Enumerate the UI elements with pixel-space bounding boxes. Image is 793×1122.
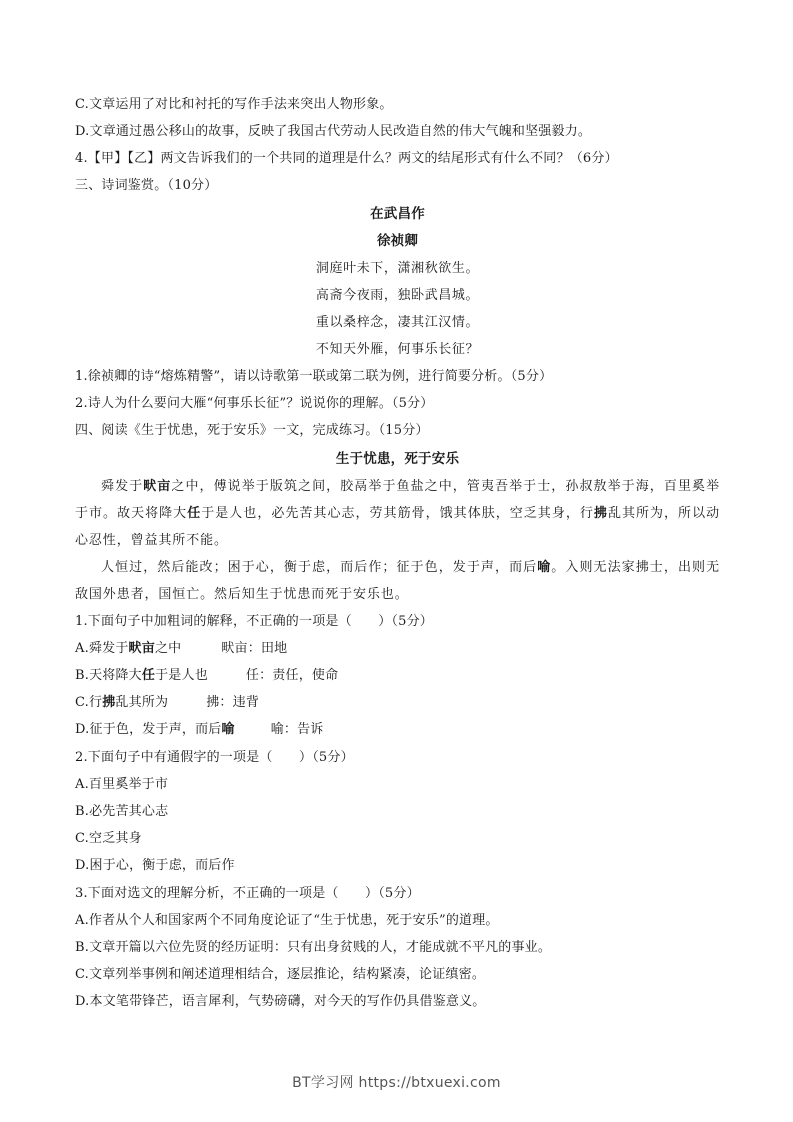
gloss: 任：责任，使命 <box>246 668 338 683</box>
q3-stem: 3.下面对选文的理解分析，不正确的一项是（ ）（5分） <box>75 886 420 902</box>
text: 乱其所为 <box>115 695 168 710</box>
gloss: 拂：违背 <box>206 695 259 710</box>
q1-stem: 1.下面句子中加粗词的解释，不正确的一项是（ ）（5分） <box>75 614 433 630</box>
q3-option-d: D.本文笔带锋芒，语言犀利，气势磅礴，对今天的写作仍具借鉴意义。 <box>75 994 486 1010</box>
text: B.天将降大 <box>75 668 142 683</box>
prev-option-d: D.文章通过愚公移山的故事，反映了我国古代劳动人民改造自然的伟大气魄和坚强毅力。 <box>75 124 591 140</box>
text: 于是人也 <box>155 668 208 683</box>
passage-title: 生于忧患，死于安乐 <box>75 451 720 467</box>
question-4: 4.【甲】【乙】两文告诉我们的一个共同的道理是什么？两文的结尾形式有什么不同？（… <box>75 151 618 167</box>
bold-keyword: 任 <box>142 668 155 683</box>
text: C.行 <box>75 695 102 710</box>
q2-stem: 2.下面句子中有通假字的一项是（ ）（5分） <box>75 750 354 766</box>
text: 舜发于 <box>101 479 143 494</box>
text: 之中，傅说举于版筑之间，胶鬲举于鱼盐之中，管夷吾举于士，孙叔敖举于海，百里奚举 <box>171 479 720 494</box>
q1-option-d: D.征于色，发于声，而后喻喻：告诉 <box>75 722 324 738</box>
watermark-footer: BT学习网 https://btxuexi.com <box>0 1072 793 1092</box>
bold-keyword: 拂 <box>102 695 115 710</box>
text: A.舜发于 <box>75 641 129 656</box>
text: 于是人也，必先苦其心志，劳其筋骨，饿其体肤，空乏其身，行 <box>201 506 594 521</box>
poem-author: 徐祯卿 <box>75 233 720 249</box>
bold-keyword: 任 <box>187 506 201 521</box>
text: 乱其所为，所以动 <box>608 506 720 521</box>
bold-keyword: 畎亩 <box>143 479 171 494</box>
q1-option-c: C.行拂乱其所为拂：违背 <box>75 695 259 711</box>
bold-keyword: 喻 <box>537 560 551 575</box>
poem-question-1: 1.徐祯卿的诗“熔炼精警”，请以诗歌第一联或第二联为例，进行简要分析。（5分） <box>75 369 552 385</box>
passage-para2-line2: 敌国外患者，国恒亡。然后知生于忧患而死于安乐也。 <box>75 587 720 603</box>
gloss: 畎亩：田地 <box>221 641 287 656</box>
poem-question-2: 2.诗人为什么要问大雁“何事乐长征”？说说你的理解。（5分） <box>75 396 433 412</box>
text: 人恒过，然后能改；困于心，衡于虑，而后作；征于色，发于声，而后 <box>101 560 537 575</box>
q1-option-a: A.舜发于畎亩之中畎亩：田地 <box>75 641 287 657</box>
q2-option-d: D.困于心，衡于虑，而后作 <box>75 858 235 874</box>
bold-keyword: 喻 <box>222 722 235 737</box>
poem-line: 高斋今夜雨，独卧武昌城。 <box>75 288 720 304</box>
prev-option-c: C.文章运用了对比和衬托的写作手法来突出人物形象。 <box>75 97 393 113</box>
q2-option-c: C.空乏其身 <box>75 831 142 847</box>
poem-title: 在武昌作 <box>75 206 720 222</box>
poem-line: 重以桑梓念，凄其江汉情。 <box>75 315 720 331</box>
text: 于市。故天将降大 <box>75 506 187 521</box>
section-3-heading: 三、诗词鉴赏。（10分） <box>75 178 217 194</box>
text: 。入则无法家拂士，出则无 <box>551 560 720 575</box>
section-4-heading: 四、阅读《生于忧患，死于安乐》一文，完成练习。（15分） <box>75 423 429 439</box>
passage-para1-line3: 心忍性，曾益其所不能。 <box>75 533 720 549</box>
q1-option-b: B.天将降大任于是人也任：责任，使命 <box>75 668 338 684</box>
passage-para1-line2: 于市。故天将降大任于是人也，必先苦其心志，劳其筋骨，饿其体肤，空乏其身，行拂乱其… <box>75 506 720 522</box>
q3-option-a: A.作者从个人和国家两个不同角度论证了“生于忧患，死于安乐”的道理。 <box>75 913 499 929</box>
passage-para1-line1: 舜发于畎亩之中，傅说举于版筑之间，胶鬲举于鱼盐之中，管夷吾举于士，孙叔敖举于海，… <box>75 479 720 495</box>
poem-line: 不知天外雁，何事乐长征？ <box>75 342 720 358</box>
bold-keyword: 拂 <box>594 506 608 521</box>
q3-option-c: C.文章列举事例和阐述道理相结合，逐层推论，结构紧凑，论证缜密。 <box>75 967 485 983</box>
passage-para2-line1: 人恒过，然后能改；困于心，衡于虑，而后作；征于色，发于声，而后喻。入则无法家拂士… <box>75 560 720 576</box>
bold-keyword: 畎亩 <box>129 641 155 656</box>
q2-option-a: A.百里奚举于市 <box>75 777 168 793</box>
q2-option-b: B.必先苦其心志 <box>75 804 168 820</box>
poem-line: 洞庭叶未下，潇湘秋欲生。 <box>75 261 720 277</box>
gloss: 喻：告诉 <box>271 722 324 737</box>
text: D.征于色，发于声，而后 <box>75 722 222 737</box>
text: 之中 <box>155 641 181 656</box>
q3-option-b: B.文章开篇以六位先贤的经历证明：只有出身贫贱的人，才能成就不平凡的事业。 <box>75 940 551 956</box>
